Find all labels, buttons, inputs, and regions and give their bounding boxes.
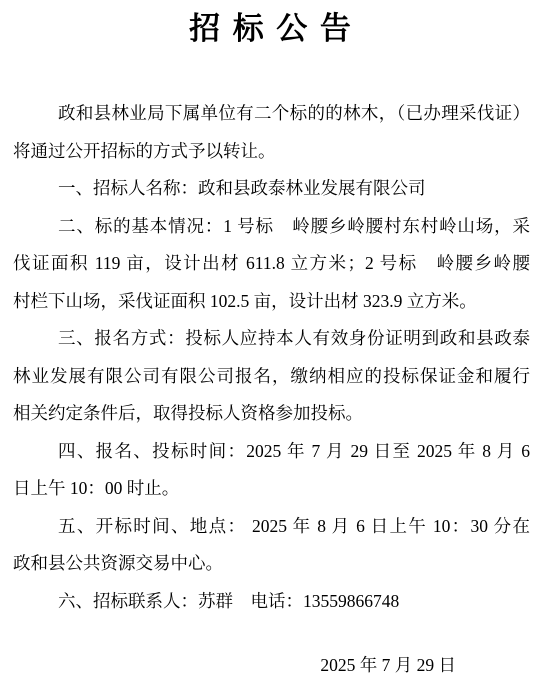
document-line: 二、标的基本情况：1 号标 岭腰乡岭腰村东村岭山场，采 (13, 208, 530, 246)
document-line: 政和县公共资源交易中心。 (13, 545, 530, 583)
document-line: 六、招标联系人：苏群 电话：13559866748 (13, 583, 530, 621)
document-line: 伐证面积 119 亩，设计出材 611.8 立方米；2 号标 岭腰乡岭腰 (13, 245, 530, 283)
document-line: 三、报名方式：投标人应持本人有效身份证明到政和县政泰 (13, 320, 530, 358)
document-line: 日上午 10：00 时止。 (13, 470, 530, 508)
document-line: 五、开标时间、地点： 2025 年 8 月 6 日上午 10：30 分在 (13, 508, 530, 546)
document-line: 一、招标人名称：政和县政泰林业发展有限公司 (13, 170, 530, 208)
document-line: 政和县林业局下属单位有二个标的的林木，（已办理采伐证） (13, 95, 530, 133)
document-line: 相关约定条件后，取得投标人资格参加投标。 (13, 395, 530, 433)
document-body: 政和县林业局下属单位有二个标的的林木，（已办理采伐证）将通过公开招标的方式予以转… (13, 95, 530, 620)
document-line: 将通过公开招标的方式予以转让。 (13, 133, 530, 171)
document-line: 林业发展有限公司有限公司报名，缴纳相应的投标保证金和履行 (13, 358, 530, 396)
document-date: 2025 年 7 月 29 日 (0, 647, 542, 685)
document-title: 招 标 公 告 (0, 6, 542, 52)
tender-notice-document: 招 标 公 告 政和县林业局下属单位有二个标的的林木，（已办理采伐证）将通过公开… (0, 0, 542, 696)
document-line: 村栏下山场，采伐证面积 102.5 亩，设计出材 323.9 立方米。 (13, 283, 530, 321)
document-line: 四、报名、投标时间：2025 年 7 月 29 日至 2025 年 8 月 6 (13, 433, 530, 471)
